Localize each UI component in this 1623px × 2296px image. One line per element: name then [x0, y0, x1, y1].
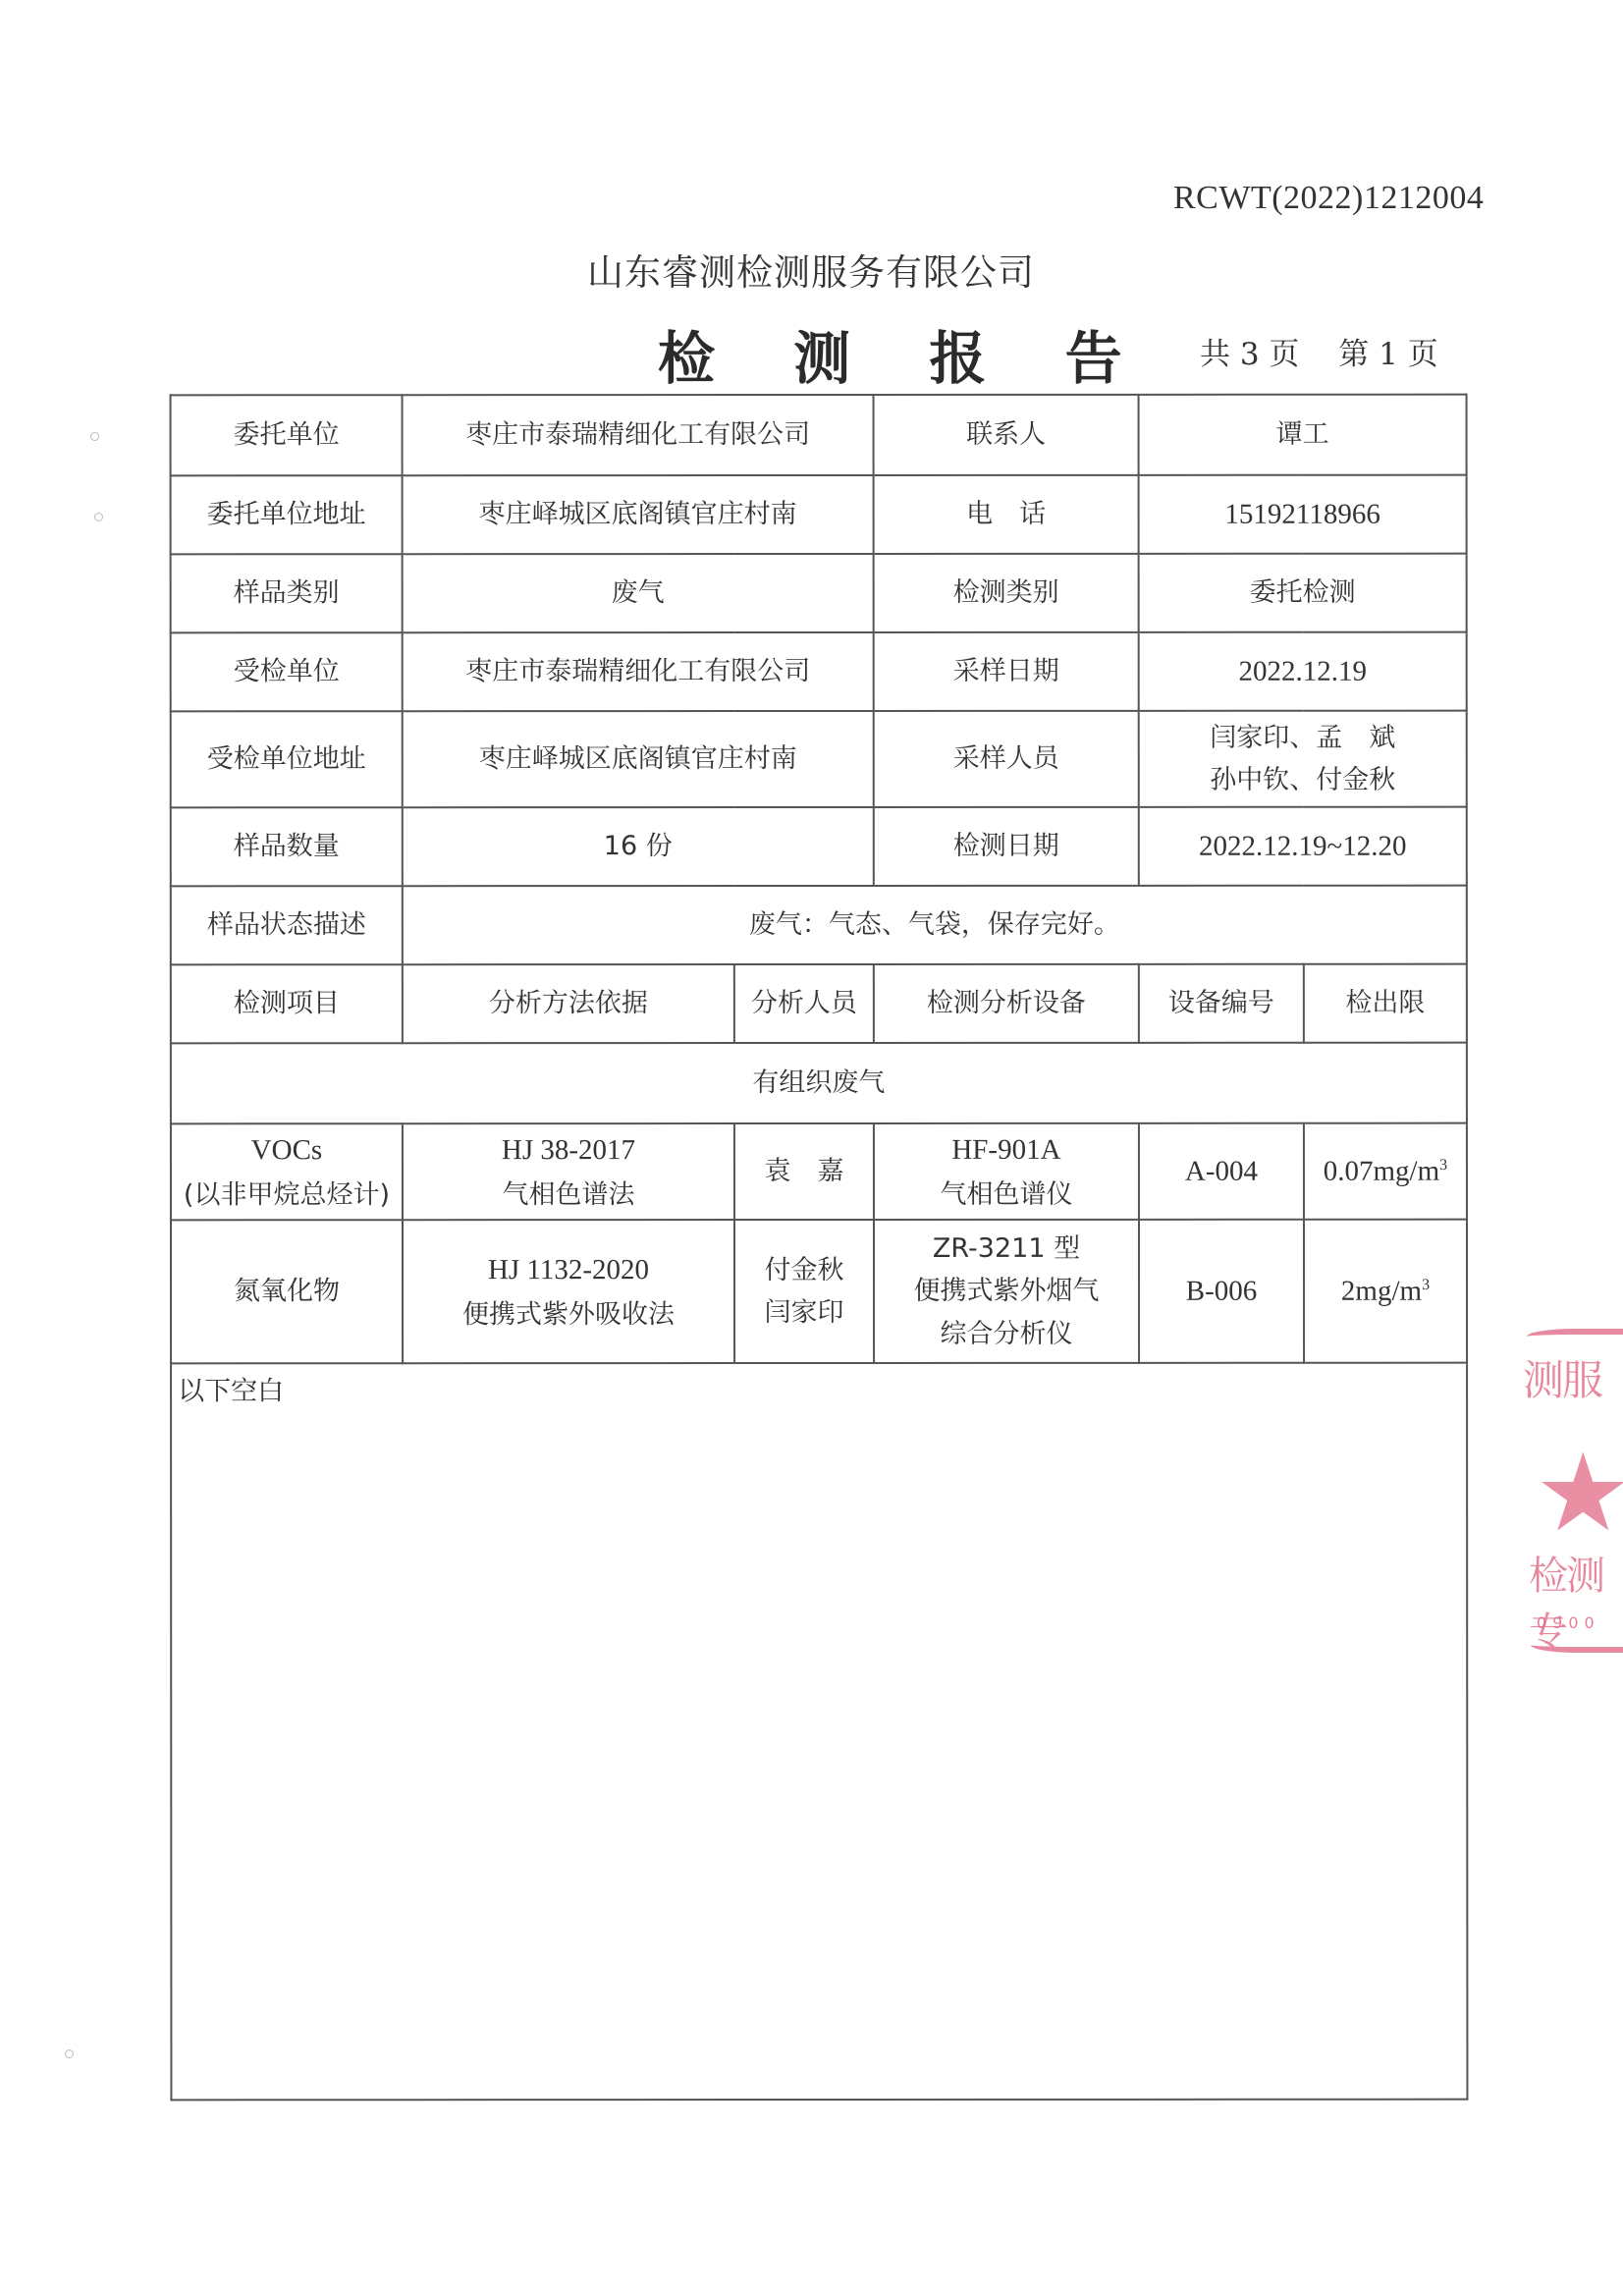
- client-address-label: 委托单位地址: [171, 475, 403, 554]
- binding-hole-mark: [90, 432, 99, 441]
- info-row: 受检单位 枣庄市泰瑞精细化工有限公司 采样日期 2022.12.19: [171, 632, 1467, 712]
- inspected-address-label: 受检单位地址: [171, 711, 403, 807]
- test-type-value: 委托检测: [1139, 554, 1467, 632]
- binding-hole-mark: [94, 513, 103, 521]
- item-note: (以非甲烷总烃计): [172, 1174, 402, 1216]
- column-header: 检测分析设备: [874, 964, 1139, 1043]
- binding-hole-mark: [65, 2050, 74, 2058]
- seal-text-top: 测服: [1523, 1348, 1601, 1407]
- client-address-value: 枣庄峄城区底阁镇官庄村南: [403, 475, 874, 554]
- page-indicator: 共 3 页 第 1 页: [1200, 329, 1468, 373]
- analyst-name: 付金秋: [735, 1249, 873, 1291]
- analyst-name: 袁 嘉: [735, 1150, 873, 1192]
- seal-ring: [1531, 1637, 1623, 1653]
- test-item: VOCs (以非甲烷总烃计): [171, 1123, 403, 1220]
- analyst: 付金秋 闫家印: [734, 1220, 874, 1363]
- info-row: 受检单位地址 枣庄峄城区底阁镇官庄村南 采样人员 闫家印、孟 斌 孙中钦、付金秋: [171, 711, 1467, 808]
- column-header: 检出限: [1304, 964, 1467, 1043]
- sample-type-label: 样品类别: [171, 554, 403, 632]
- inspected-unit-label: 受检单位: [171, 632, 403, 711]
- method-code: HJ 1132-2020: [404, 1247, 733, 1293]
- limit-value: 2mg/m: [1341, 1275, 1422, 1306]
- column-header: 检测项目: [171, 964, 403, 1043]
- report-title: 检 测 报 告: [658, 312, 1152, 395]
- blank-note: 以下空白: [171, 1363, 1467, 2101]
- device-model: ZR-3211 型: [875, 1228, 1138, 1270]
- report-table: 委托单位 枣庄市泰瑞精细化工有限公司 联系人 谭工 委托单位地址 枣庄峄城区底阁…: [170, 394, 1469, 2102]
- total-pages: 共 3 页: [1200, 337, 1299, 372]
- column-header: 设备编号: [1139, 964, 1304, 1043]
- results-header-row: 检测项目 分析方法依据 分析人员 检测分析设备 设备编号 检出限: [171, 964, 1467, 1044]
- device-number: A-004: [1139, 1123, 1304, 1220]
- method-code: HJ 38-2017: [404, 1127, 733, 1174]
- table-row: VOCs (以非甲烷总烃计) HJ 38-2017 气相色谱法 袁 嘉 HF-9…: [171, 1123, 1467, 1221]
- detection-limit: 0.07mg/m3: [1304, 1123, 1467, 1220]
- contact-label: 联系人: [874, 395, 1139, 475]
- limit-unit-exponent: 3: [1439, 1157, 1447, 1174]
- limit-unit-exponent: 3: [1422, 1277, 1430, 1293]
- item-name: VOCs: [172, 1127, 402, 1174]
- device-name: 综合分析仪: [875, 1312, 1138, 1354]
- company-name: 山东睿测检测服务有限公司: [587, 243, 1035, 296]
- current-page: 第 1 页: [1338, 337, 1437, 372]
- item-name: 氮氧化物: [172, 1271, 402, 1313]
- test-date-value: 2022.12.19~12.20: [1139, 807, 1467, 886]
- client-value: 枣庄市泰瑞精细化工有限公司: [403, 395, 874, 475]
- test-type-label: 检测类别: [874, 554, 1139, 632]
- info-row: 委托单位 枣庄市泰瑞精细化工有限公司 联系人 谭工: [171, 395, 1467, 476]
- star-icon: ★: [1535, 1439, 1623, 1547]
- sample-state-label: 样品状态描述: [171, 886, 403, 964]
- device-name: 便携式紫外烟气: [875, 1270, 1138, 1312]
- inspected-unit-value: 枣庄市泰瑞精细化工有限公司: [403, 632, 874, 711]
- samplers-value: 闫家印、孟 斌 孙中钦、付金秋: [1139, 711, 1467, 807]
- info-row: 样品类别 废气 检测类别 委托检测: [171, 554, 1467, 633]
- analyst-name: 闫家印: [735, 1291, 873, 1334]
- detection-limit: 2mg/m3: [1304, 1220, 1467, 1363]
- sample-state-value: 废气：气态、气袋，保存完好。: [403, 886, 1467, 965]
- device: HF-901A 气相色谱仪: [874, 1123, 1139, 1220]
- contact-value: 谭工: [1139, 395, 1467, 475]
- blank-area-row: 以下空白: [171, 1363, 1467, 2101]
- method: HJ 38-2017 气相色谱法: [403, 1123, 734, 1220]
- phone-label: 电 话: [874, 475, 1139, 554]
- sampling-date-label: 采样日期: [874, 632, 1139, 711]
- info-row: 样品状态描述 废气：气态、气袋，保存完好。: [171, 886, 1467, 965]
- analyst: 袁 嘉: [734, 1123, 874, 1220]
- section-title: 有组织废气: [171, 1043, 1467, 1124]
- limit-value: 0.07mg/m: [1324, 1155, 1439, 1186]
- test-date-label: 检测日期: [874, 807, 1139, 886]
- method-name: 气相色谱法: [404, 1174, 733, 1216]
- sampler-names-line: 孙中钦、付金秋: [1140, 759, 1466, 801]
- seal-code: 0900: [1537, 1613, 1600, 1632]
- sampler-names-line: 闫家印、孟 斌: [1140, 716, 1466, 758]
- seal-ring: [1527, 1329, 1623, 1344]
- official-seal: 测服 ★ 检测专 0900: [1517, 1321, 1623, 1655]
- method-name: 便携式紫外吸收法: [404, 1293, 733, 1336]
- device-name: 气相色谱仪: [875, 1173, 1138, 1215]
- test-item: 氮氧化物: [171, 1220, 403, 1363]
- column-header: 分析人员: [734, 964, 874, 1043]
- phone-value: 15192118966: [1139, 475, 1467, 554]
- method: HJ 1132-2020 便携式紫外吸收法: [403, 1220, 734, 1363]
- info-row: 委托单位地址 枣庄峄城区底阁镇官庄村南 电 话 15192118966: [171, 475, 1467, 555]
- info-row: 样品数量 16 份 检测日期 2022.12.19~12.20: [171, 807, 1467, 887]
- section-row: 有组织废气: [171, 1043, 1467, 1124]
- device-number: B-006: [1139, 1220, 1304, 1363]
- device-model: HF-901A: [875, 1127, 1138, 1174]
- inspected-address-value: 枣庄峄城区底阁镇官庄村南: [403, 711, 874, 807]
- device: ZR-3211 型 便携式紫外烟气 综合分析仪: [874, 1220, 1139, 1363]
- sampling-date-value: 2022.12.19: [1139, 632, 1467, 711]
- sample-quantity-value: 16 份: [403, 807, 874, 886]
- client-label: 委托单位: [171, 395, 403, 475]
- table-row: 氮氧化物 HJ 1132-2020 便携式紫外吸收法 付金秋 闫家印 ZR-32…: [171, 1220, 1467, 1364]
- sample-quantity-label: 样品数量: [171, 807, 403, 886]
- sample-type-value: 废气: [403, 554, 874, 632]
- samplers-label: 采样人员: [874, 711, 1139, 807]
- report-number: RCWT(2022)1212004: [1173, 180, 1484, 217]
- column-header: 分析方法依据: [403, 964, 734, 1043]
